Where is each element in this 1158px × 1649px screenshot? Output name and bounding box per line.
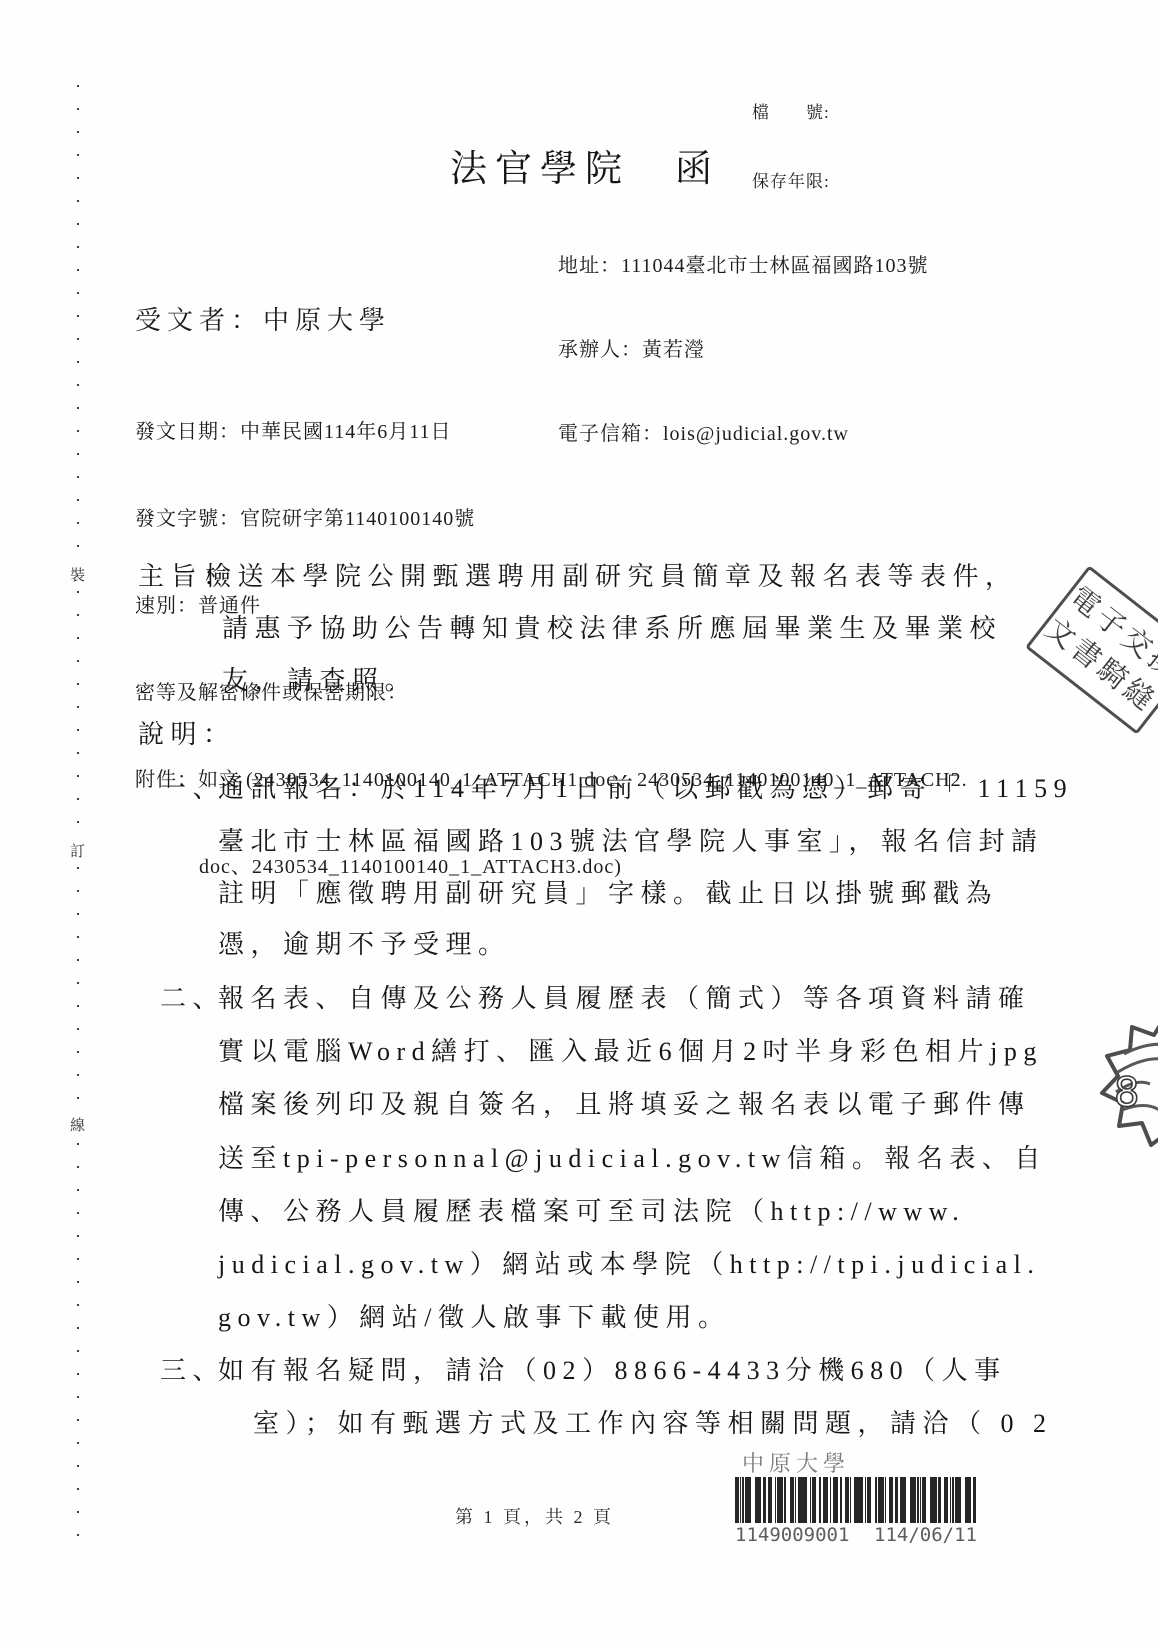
item-2-number: 二、 [160,978,225,1015]
item-1-line: 憑，逾期不予受理。 [218,924,511,961]
subject-line: 請惠予協助公告轉知貴校法律系所應屆畢業生及畢業校 [222,608,1002,645]
subject-line: 友，請查照。 [222,660,417,697]
item-1-line: 註明「應徵聘用副研究員」字樣。截止日以掛號郵戳為 [218,873,998,910]
item-2-line: 檔案後列印及親自簽名，且將填妥之報名表以電子郵件傳 [218,1084,1031,1121]
page-title: 法官學院 函 [450,138,720,192]
file-no-label: 檔 號: [752,101,830,124]
barcode-caption: 1149009001 114/06/11 [735,1524,977,1546]
university-stamp: 中原大學 [742,1447,850,1478]
item-3-number: 三、 [160,1350,225,1387]
issue-date: 發文日期：中華民國114年6月11日 [135,418,968,447]
binding-mark-ding: 訂 [70,836,85,865]
item-2-line: gov.tw）網站/徵人啟事下載使用。 [218,1297,731,1334]
document-page: 裝 訂 線 檔 號: 保存年限: 法官學院 函 地址：111044臺北市士林區福… [0,0,1158,1649]
electronic-exchange-stamp: 電子交換 文書騎縫 [1025,565,1158,734]
item-2-line: judicial.gov.tw）網站或本學院（http://tpi.judici… [218,1244,1040,1281]
item-3-line: 如有報名疑問，請洽（02）8866-4433分機680（人事 [218,1350,1007,1387]
recipient-line: 受文者：中原大學 [135,300,391,337]
sender-address: 地址：111044臺北市士林區福國路103號 [558,252,929,280]
item-3-line: 室）；如有甄選方式及工作內容等相關問題，請洽（ 0 2 [253,1403,1053,1440]
retention-label: 保存年限: [752,170,830,193]
item-2-line: 報名表、自傳及公務人員履歷表（簡式）等各項資料請確 [218,978,1031,1015]
barcode-number: 1149009001 [735,1524,849,1546]
subject-line: 檢送本學院公開甄選聘用副研究員簡章及報名表等表件， [205,556,1018,593]
item-1-line: 臺北市士林區福國路103號法官學院人事室」，報名信封請 [218,821,1044,858]
binding-mark-xian: 線 [70,1110,85,1139]
item-2-line: 送至tpi-personnal@judicial.gov.tw信箱。報名表、自 [218,1138,1047,1175]
explanation-label: 說明： [138,714,236,751]
item-2-line: 實以電腦Word繕打、匯入最近6個月2吋半身彩色相片jpg [218,1031,1043,1068]
binding-mark-zhuang: 裝 [70,560,85,589]
barcode-date: 114/06/11 [874,1524,977,1546]
binding-dotted-line [77,85,79,1540]
doc-number: 發文字號：官院研字第1140100140號 [135,505,968,534]
barcode [735,1477,977,1523]
item-1-number: 一、 [160,768,225,805]
page-number-footer: 第 1 頁，共 2 頁 [455,1503,614,1529]
item-1-line: 通訊報名：於114年7月1日前（以郵戳為憑）郵寄「 11159 [218,768,1073,805]
item-2-line: 傳、公務人員履歷表檔案可至司法院（http://www. [218,1191,965,1228]
flower-postmark-stamp: 8 [1056,988,1158,1179]
flower-stamp-number: 8 [1114,1070,1139,1116]
